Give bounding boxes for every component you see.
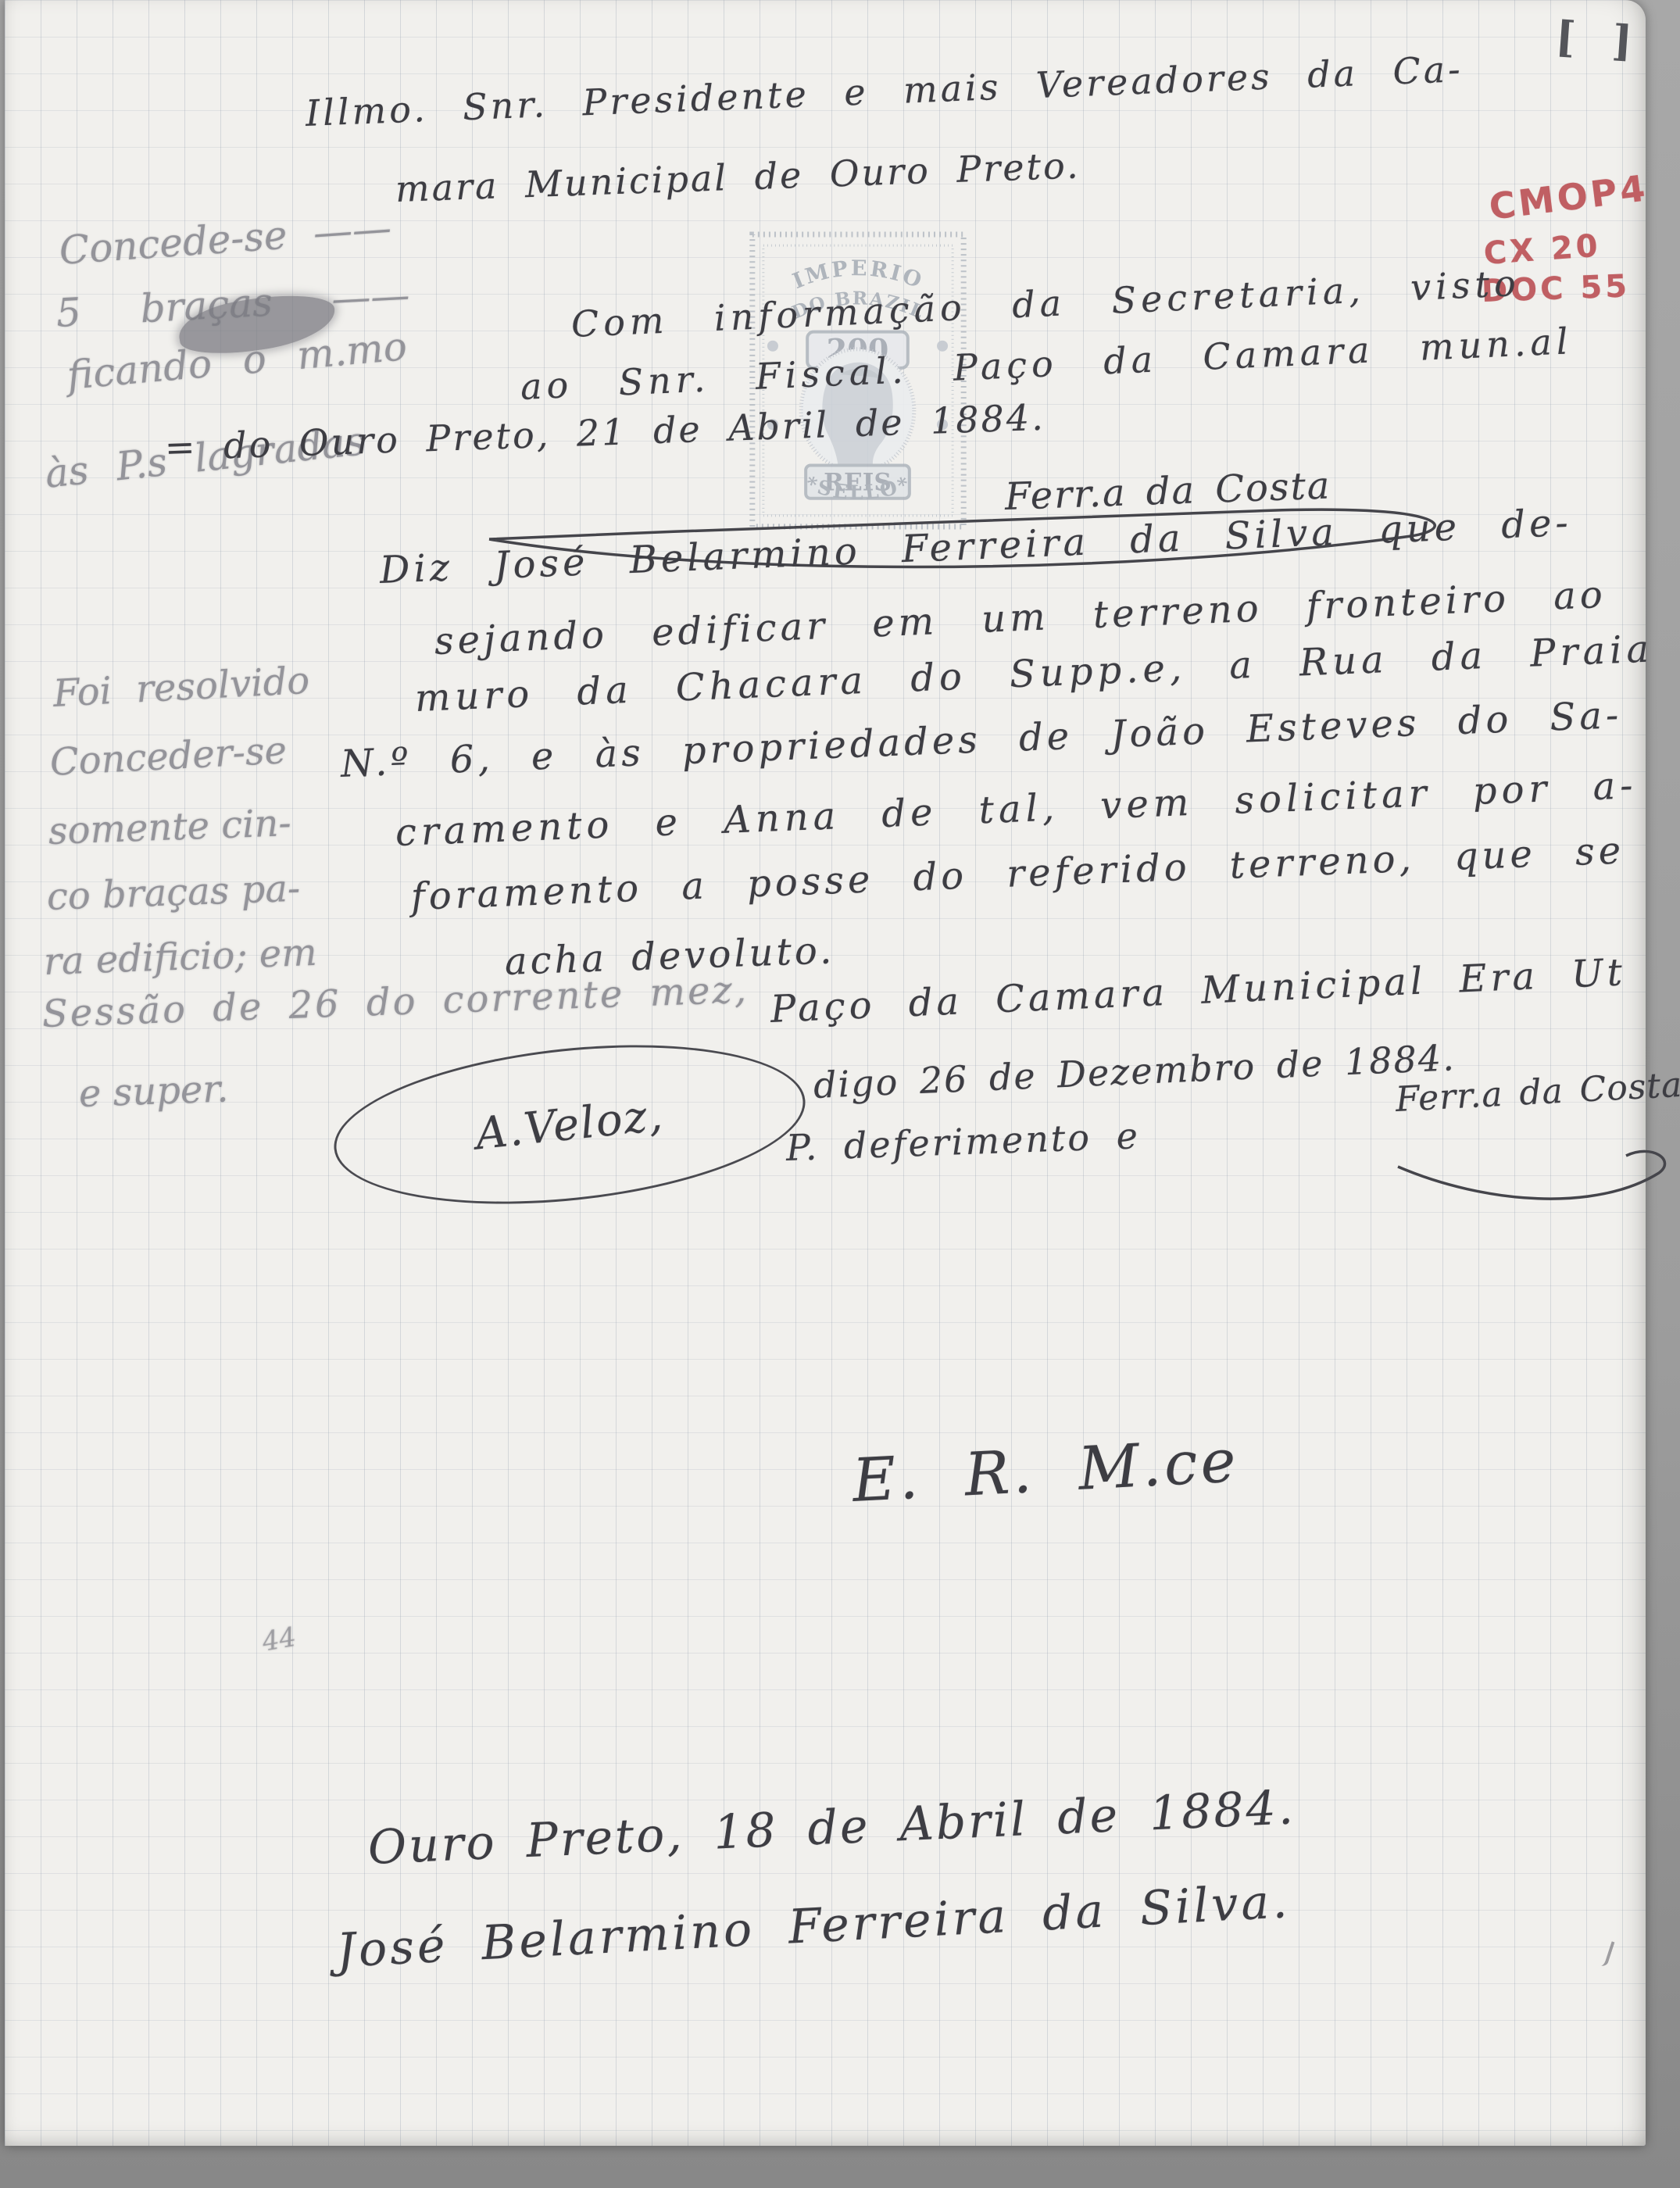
dispatch-session-line-1: Paço da Camara Municipal Era Ut	[770, 950, 1627, 1031]
manuscript-page: [ ] CMOP4 CX 20 DOC 55 Illmo. Snr. Presi…	[5, 0, 1646, 2146]
header-line-1: Illmo. Snr. Presidente e mais Vereadores…	[305, 48, 1464, 134]
corner-ink-mark: [ ]	[1554, 11, 1645, 67]
signature-flourish-session	[1392, 1137, 1680, 1223]
pencil-note-cinco-bracas: co braças pa-	[46, 867, 301, 919]
stray-ink-mark	[1584, 1935, 1614, 1968]
request-deferimento: P. deferimento e	[785, 1114, 1141, 1169]
pencil-note-foi-resolvido: Foi resolvido	[52, 659, 311, 716]
archival-code: CMOP4	[1487, 166, 1650, 228]
pencil-note-conceder-se: Conceder-se	[49, 728, 288, 785]
pencil-note-somente: somente cin-	[48, 801, 291, 853]
pencil-note-ra-edificio: ra edificio; em	[43, 931, 318, 984]
dispatch-session-line-2: digo 26 de Dezembro de 1884.	[813, 1036, 1457, 1107]
erm-formula: E. R. M.ce	[851, 1425, 1241, 1515]
rubric-oval: A.Veloz,	[327, 1024, 813, 1224]
header-line-2: mara Municipal de Ouro Preto.	[395, 144, 1081, 210]
pencil-smudge: 44	[260, 1621, 299, 1658]
rubric-signature: A.Veloz,	[473, 1089, 666, 1160]
pencil-note-e-super: e super.	[78, 1067, 229, 1116]
pencil-note-concede-se: Concede-se ——	[58, 205, 393, 273]
scanned-document: [ ] CMOP4 CX 20 DOC 55 Illmo. Snr. Presi…	[0, 0, 1680, 2188]
petitioner-signature: José Belarmino Ferreira da Silva.	[335, 1874, 1292, 1979]
closing-date-line: Ouro Preto, 18 de Abril de 1884.	[366, 1780, 1296, 1875]
